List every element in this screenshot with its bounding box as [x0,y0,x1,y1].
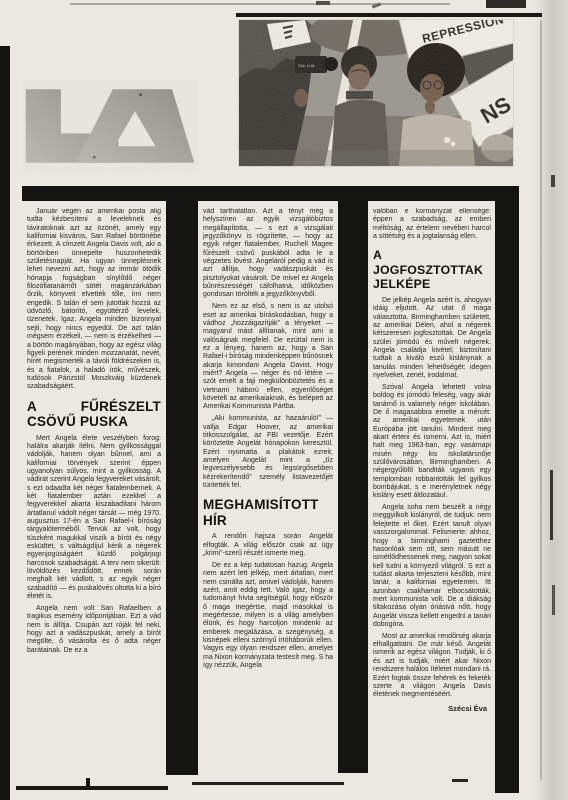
section-heading-sawed-off-shotgun: A FŰRÉSZELT CSÖVŰ PUSKA [27,399,161,430]
article-paragraph: „Aki kommunista, az hazaáruló!” — vallja… [203,415,333,490]
section-heading-falsified-news: MEGHAMISÍTOTT HÍR [203,497,333,528]
scan-artifact [236,13,542,17]
article-paragraph: A rendőri hajsza során Angelát elfogták.… [203,533,333,558]
article-paragraph: De jelkép Angela azért is, ahogyan idáig… [373,297,491,380]
masthead-la-graphic [22,80,198,172]
scan-artifact [452,779,468,782]
article-column-2: vád tarthatatlan. Azt a tényt még a hely… [203,208,333,768]
article-paragraph: Angela nem volt San Rafaelben a tragikus… [27,605,161,655]
protest-photo-illustration: TICAL REPRESSION NS SUL LUA [239,20,513,166]
scan-artifact [70,3,450,5]
article-column-3: valóban e kormányzat ellensége: éppen a … [373,208,491,768]
scan-artifact [486,0,526,8]
author-byline: Szécsi Éva [373,705,491,713]
scan-artifact [550,470,553,540]
scan-artifact [551,175,555,187]
article-paragraph: Nem ez az első, s nem is az utolsó eset … [203,303,333,411]
scan-artifact [192,782,344,785]
column-rule-bar [166,186,198,775]
scan-edge-left [0,46,10,800]
horizontal-rule-bar [22,186,514,201]
la-letters-icon [22,80,198,172]
scan-artifact [552,585,555,615]
protest-photo: TICAL REPRESSION NS SUL LUA [239,20,513,166]
page-crease-line [540,20,542,780]
scanned-magazine-page: TICAL REPRESSION NS SUL LUA [0,0,568,800]
scan-artifact [16,786,168,790]
column-rule-bar [338,186,368,773]
scan-artifact [316,1,330,5]
article-paragraph: Most az amerikai rendőrség akarja elhall… [373,633,491,700]
article-column-1: Január végén az amerikai posta alig tudt… [27,208,161,768]
article-paragraph: Angela soha nem beszélt a négy meggyilko… [373,504,491,629]
article-paragraph: valóban e kormányzat ellensége: éppen a … [373,208,491,241]
article-paragraph: Szóval Angela lehetett volna boldog és j… [373,384,491,501]
article-paragraph: Január végén az amerikai posta alig tudt… [27,208,161,392]
article-paragraph: vád tarthatatlan. Azt a tényt még a hely… [203,208,333,300]
section-heading-symbol-of-disenfranchised: A JOGFOSZTOTTAK JELKÉPE [373,248,491,292]
scan-artifact [86,778,90,786]
article-paragraph: Mert Angela élete veszélyben forog: halá… [27,435,161,602]
article-paragraph: De ez a kép tudatosan hazug. Angela nem … [203,562,333,670]
column-rule-bar-right [495,186,519,793]
